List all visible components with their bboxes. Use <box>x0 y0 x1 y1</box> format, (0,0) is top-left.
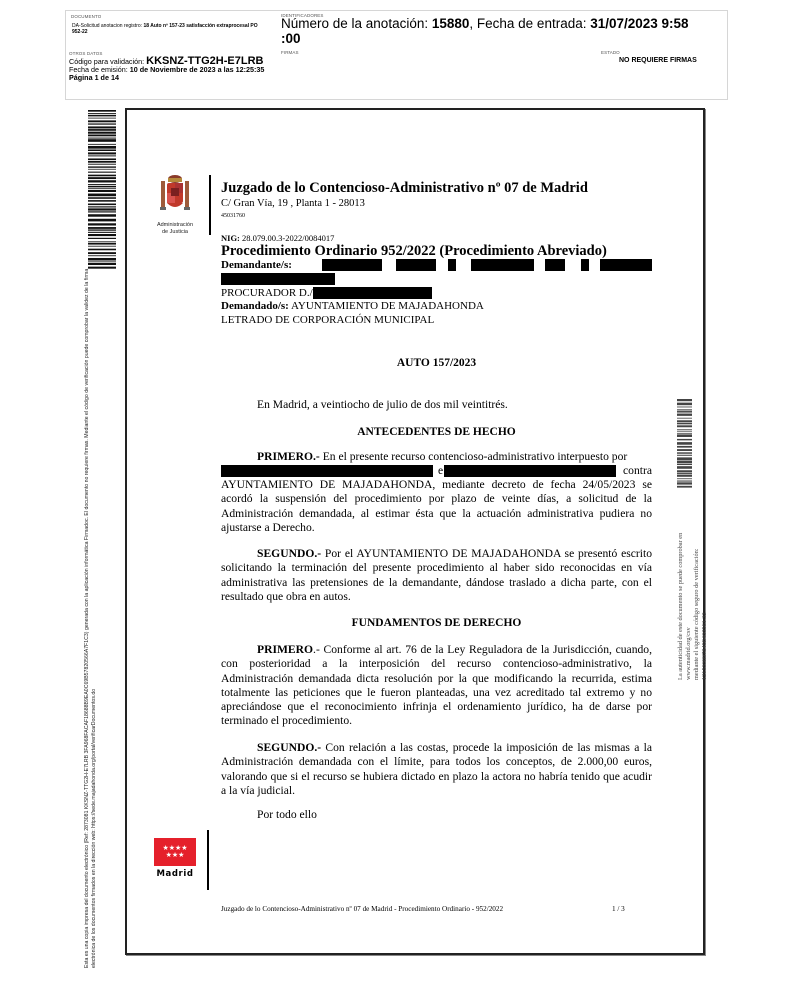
estado-value: NO REQUIERE FIRMAS <box>619 57 697 64</box>
anotacion-info: Número de la anotación: 15880, Fecha de … <box>281 16 721 46</box>
left-barcode <box>88 110 116 270</box>
procedimiento-title: Procedimiento Ordinario 952/2022 (Proced… <box>221 243 607 260</box>
otros-datos-cell: OTROS DATOS Código para validación: KKSN… <box>66 47 278 99</box>
redaction <box>545 259 565 271</box>
redaction <box>581 259 589 271</box>
redaction <box>313 287 432 299</box>
header-divider-line <box>209 175 211 235</box>
administracion-justicia-logo: Administración de Justicia <box>150 173 200 236</box>
estado-cell: ESTADO NO REQUIERE FIRMAS <box>599 47 727 99</box>
por-todo-ello: Por todo ello <box>221 808 652 822</box>
demandado-line: Demandado/s: AYUNTAMIENTO DE MAJADAHONDA <box>221 300 484 312</box>
word-contra: contra <box>620 464 652 478</box>
auto-title: AUTO 157/2023 <box>221 357 652 369</box>
side-verification-text: Esta es una copia impresa del documento … <box>84 268 98 968</box>
court-name: Juzgado de lo Contencioso-Administrativo… <box>221 180 588 197</box>
fundamentos-heading: FUNDAMENTOS DE DERECHO <box>221 617 652 629</box>
fundamento-primero: PRIMERO.- Conforme al art. 76 de la Ley … <box>221 643 652 729</box>
firmas-cell: FIRMAS <box>278 47 599 99</box>
page-number: 1 / 3 <box>612 905 625 913</box>
anotacion-number: 15880 <box>432 16 470 31</box>
court-address: C/ Gran Vía, 19 , Planta 1 - 28013 <box>221 198 365 209</box>
redaction <box>396 259 436 271</box>
documento-description: DA-Solicitud anotacion registro: 18 Auto… <box>72 23 262 35</box>
documento-cell: DOCUMENTO DA-Solicitud anotacion registr… <box>66 11 278 45</box>
firmas-label: FIRMAS <box>281 50 299 55</box>
pagina-count: Página 1 de 14 <box>69 74 279 82</box>
redaction <box>444 465 616 477</box>
redaction <box>600 259 652 271</box>
document-info-header: DOCUMENTO DA-Solicitud anotacion registr… <box>65 10 728 100</box>
lugar-fecha: En Madrid, a veintiocho de julio de dos … <box>221 398 652 412</box>
otros-datos-label: OTROS DATOS <box>69 51 102 56</box>
redaction <box>448 259 456 271</box>
identificadores-cell: IDENTIFICADORES Número de la anotación: … <box>278 11 727 45</box>
court-code: 45031760 <box>221 213 245 219</box>
page-footer: Juzgado de lo Contencioso-Administrativo… <box>221 905 503 913</box>
footer-divider-line <box>207 830 209 890</box>
redaction <box>221 273 335 285</box>
antecedente-primero-body: AYUNTAMIENTO DE MAJADAHONDA, mediante de… <box>221 478 652 535</box>
letrado-line: LETRADO DE CORPORACIÓN MUNICIPAL <box>221 314 434 326</box>
court-logo-label-2: de Justicia <box>150 229 200 236</box>
madrid-logo-label: Madrid <box>153 869 197 879</box>
redaction <box>221 465 433 477</box>
demandante-line: Demandante/s: <box>221 259 292 271</box>
redaction <box>471 259 534 271</box>
court-logo-label-1: Administración <box>150 222 200 229</box>
antecedente-segundo: SEGUNDO.- Por el AYUNTAMIENTO DE MAJADAH… <box>221 547 652 604</box>
right-barcode <box>677 399 692 489</box>
antecedentes-heading: ANTECEDENTES DE HECHO <box>221 426 652 438</box>
estado-label: ESTADO <box>601 50 620 55</box>
redaction <box>322 259 382 271</box>
madrid-flag-icon: ★★★★ ★★★ <box>154 838 196 866</box>
fecha-entrada: 31/07/2023 9:58 <box>590 16 688 31</box>
coat-of-arms-icon <box>158 173 192 217</box>
antecedente-primero-line1: PRIMERO.- En el presente recurso contenc… <box>221 450 652 464</box>
csv-verification-text: La autenticidad de este documento se pue… <box>677 490 709 680</box>
nig-line: NIG: 28.079.00.3-2022/0084017 <box>221 233 334 243</box>
documento-label: DOCUMENTO <box>71 14 101 19</box>
comunidad-madrid-logo: ★★★★ ★★★ Madrid <box>153 838 197 879</box>
fundamento-segundo: SEGUNDO.- Con relación a las costas, pro… <box>221 741 652 798</box>
